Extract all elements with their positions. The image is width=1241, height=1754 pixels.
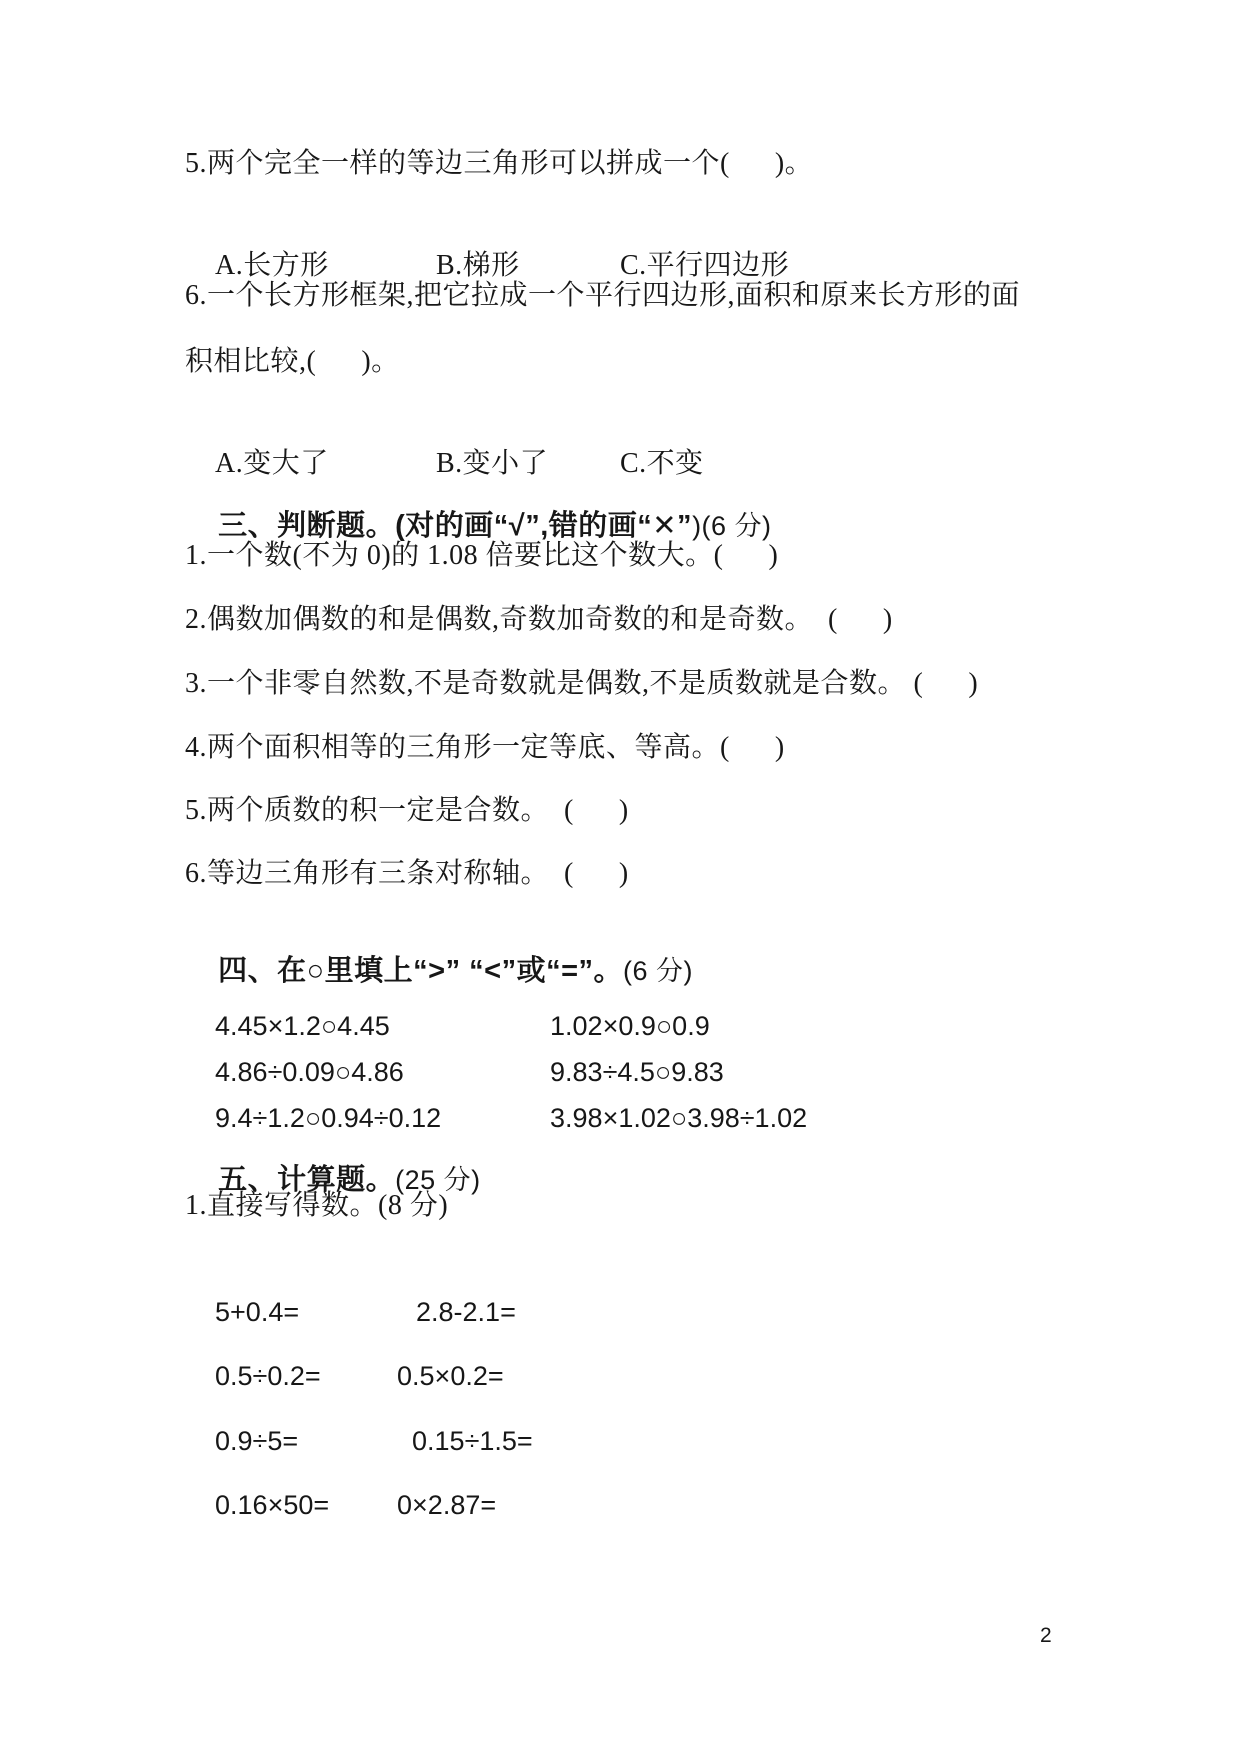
calc-row-4: 0.16×50=0×2.87=	[185, 1451, 496, 1559]
section-3-header-score: )(6 分)	[692, 511, 772, 541]
judgment-item-2: 2.偶数加偶数的和是偶数,奇数加奇数的和是奇数。 ( )	[185, 602, 893, 638]
judgment-item-5: 5.两个质数的积一定是合数。 ( )	[185, 793, 629, 829]
calc-expression: 0.16×50=	[215, 1487, 397, 1523]
calc-expression: 0×2.87=	[397, 1490, 496, 1520]
section-5-sub-instruction: 1.直接写得数。(8 分)	[185, 1188, 448, 1224]
question-5-text: 5.两个完全一样的等边三角形可以拼成一个( )。	[185, 146, 813, 182]
judgment-item-6: 6.等边三角形有三条对称轴。 ( )	[185, 856, 629, 892]
judgment-item-1: 1.一个数(不为 0)的 1.08 倍要比这个数大。( )	[185, 538, 778, 574]
page-number: 2	[1040, 1624, 1052, 1648]
judgment-item-3: 3.一个非零自然数,不是奇数就是偶数,不是质数就是合数。 ( )	[185, 666, 978, 702]
judgment-item-4: 4.两个面积相等的三角形一定等底、等高。( )	[185, 730, 785, 766]
exam-page: 5.两个完全一样的等边三角形可以拼成一个( )。 A.长方形B.梯形C.平行四边…	[0, 0, 1241, 1754]
question-6-text-line2: 积相比较,( )。	[185, 344, 400, 380]
compare-expression: 3.98×1.02○3.98÷1.02	[550, 1103, 807, 1133]
question-6-text-line1: 6.一个长方形框架,把它拉成一个平行四边形,面积和原来长方形的面	[185, 278, 1020, 314]
